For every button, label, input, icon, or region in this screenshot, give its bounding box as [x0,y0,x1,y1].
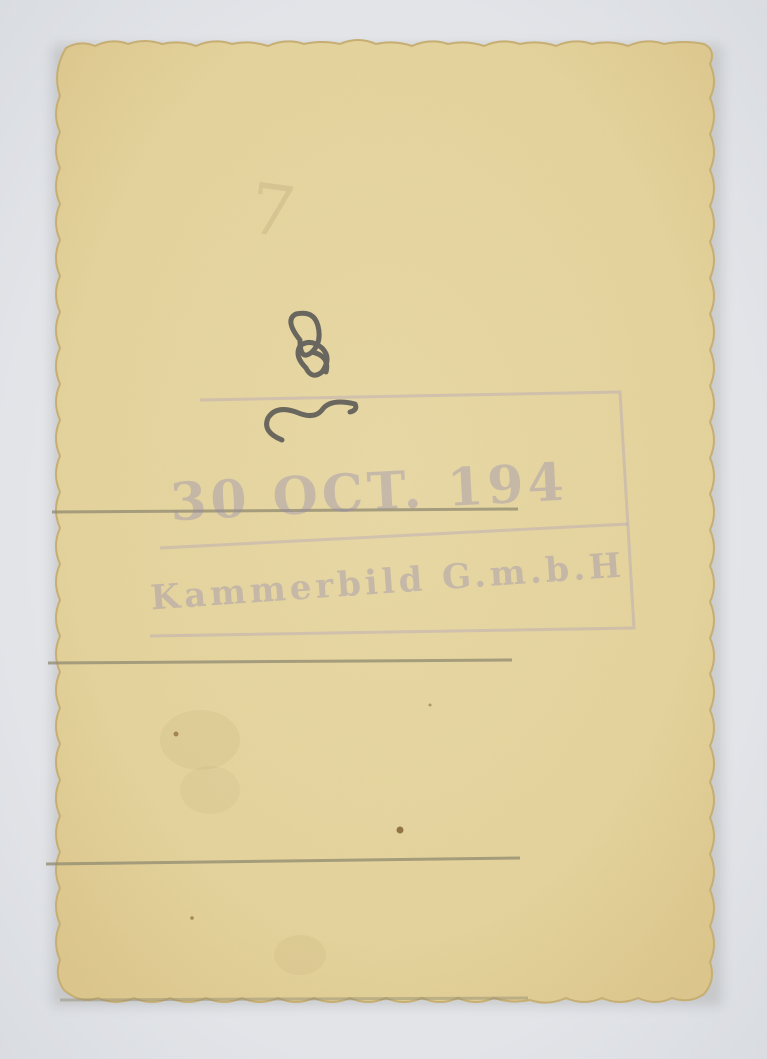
photo-scene: 7 30 OCT. 194 Kammerbild G.m.b.H [0,0,767,1059]
postcard-back [0,0,767,1059]
ruled-line-4 [60,998,528,1000]
